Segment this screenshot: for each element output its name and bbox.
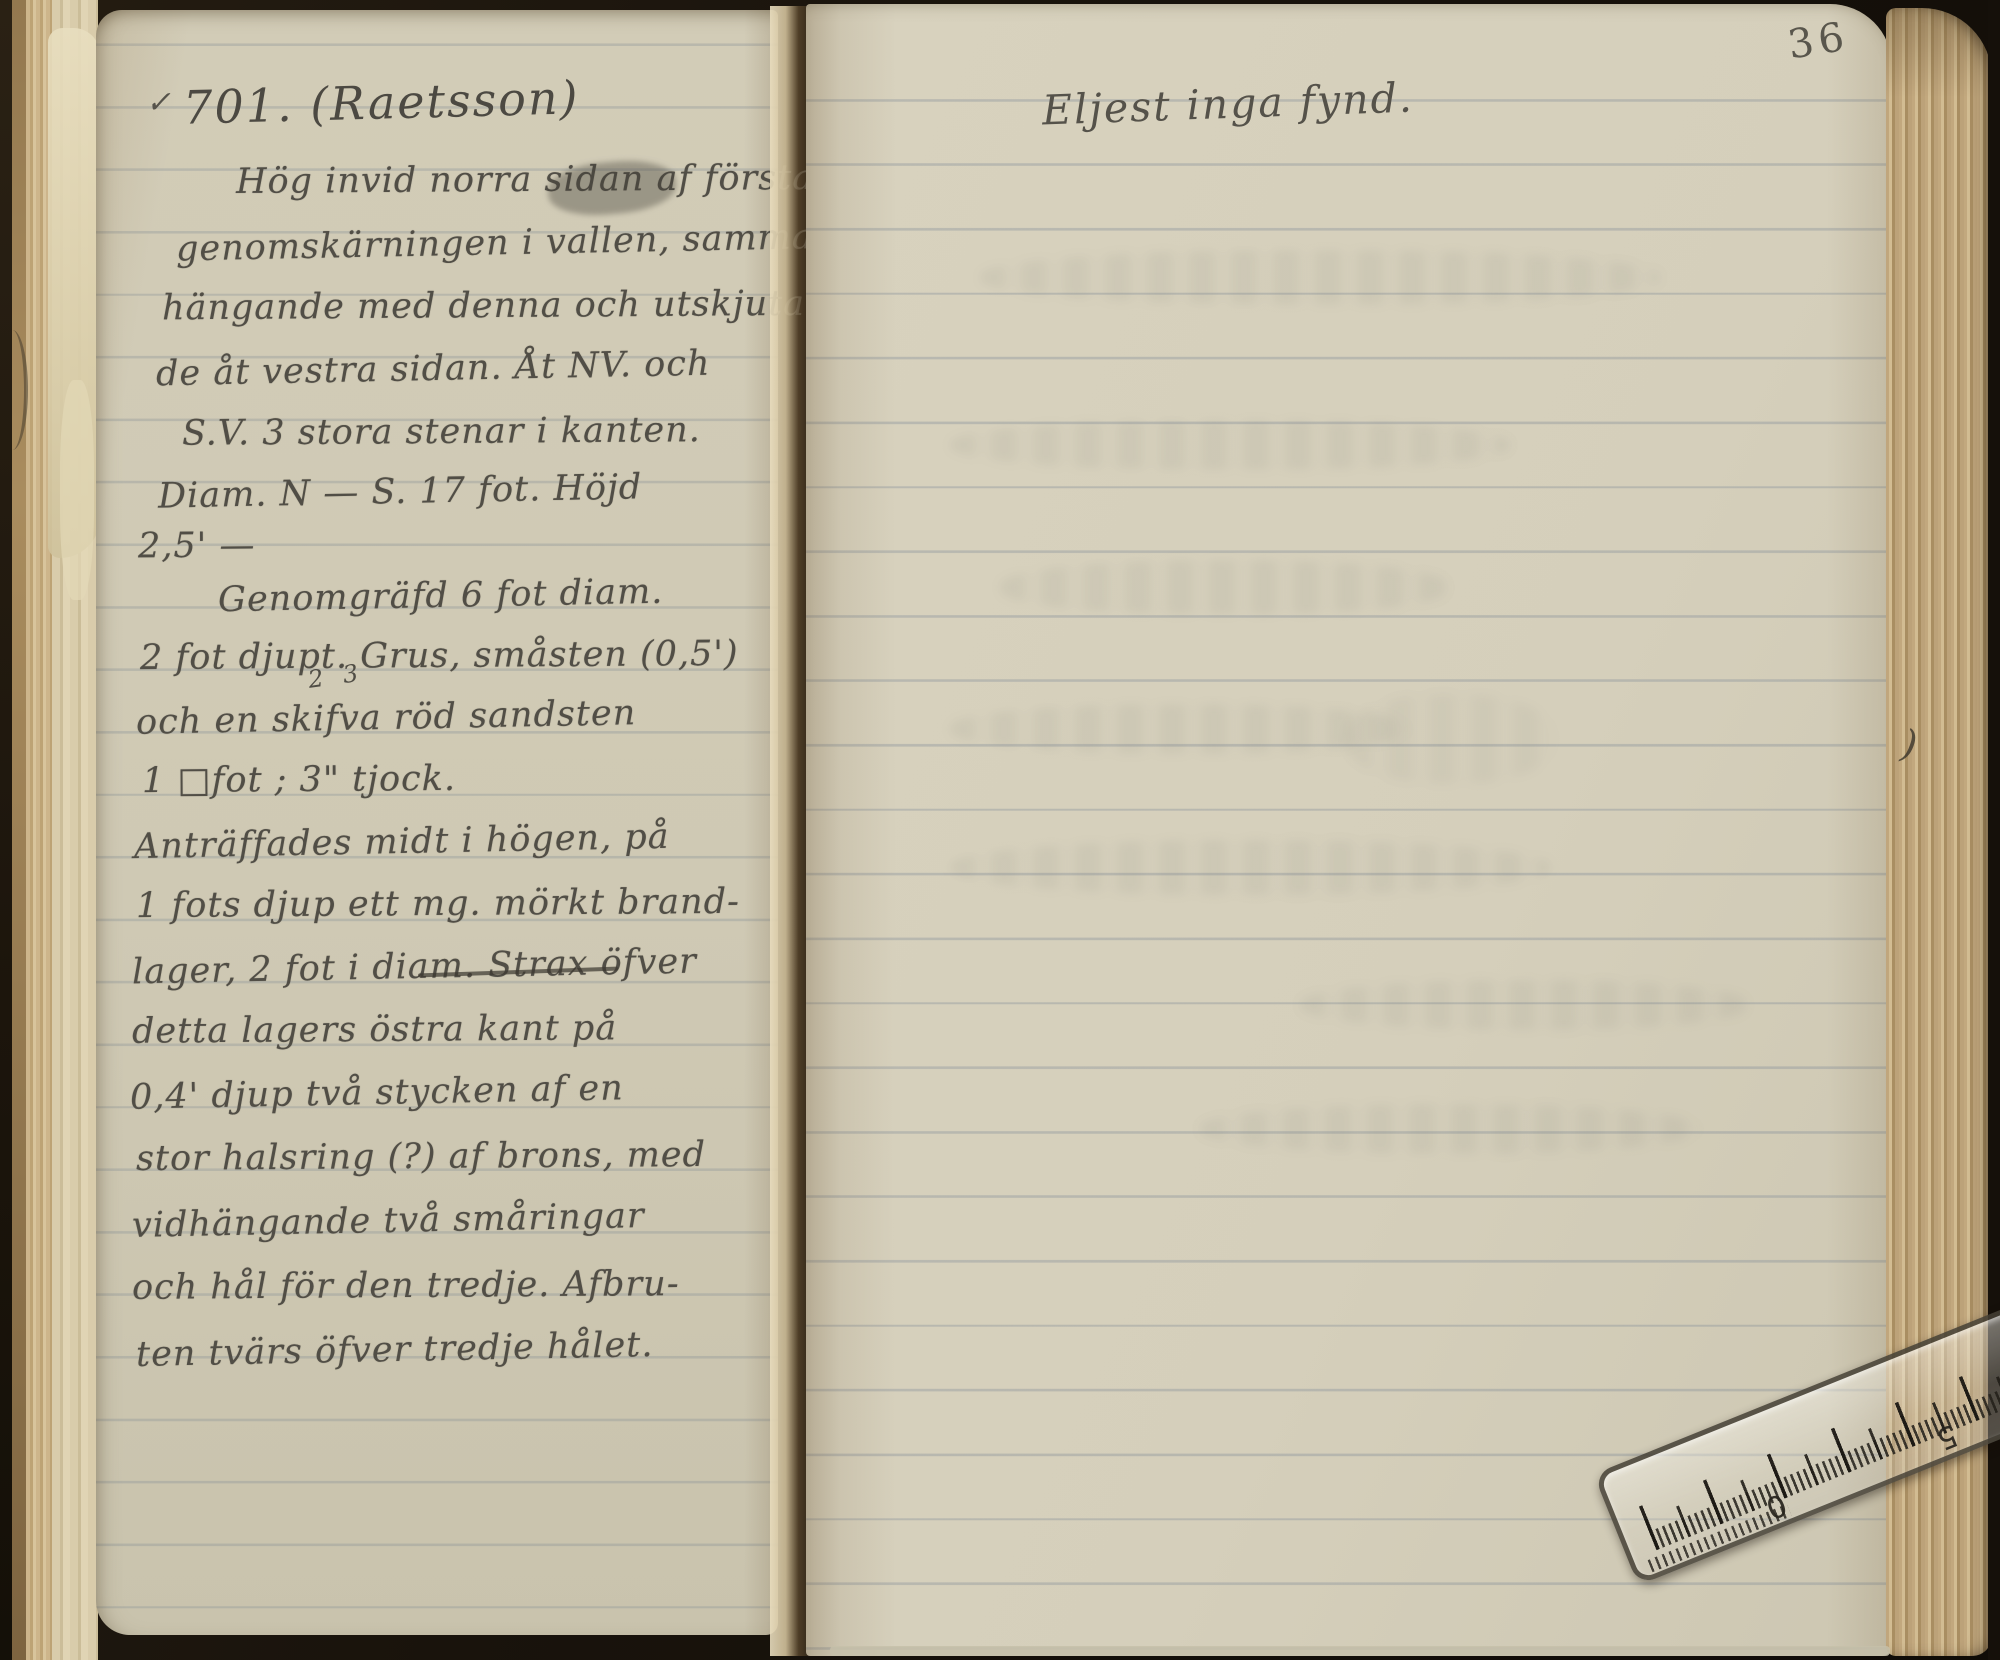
show-through-smudge (980, 250, 1660, 305)
manuscript-line: och hål för den tredje. Afbru- (132, 1264, 680, 1308)
manuscript-line: 0,4' djup två stycken af en (130, 1068, 624, 1117)
manuscript-line: 2 fot djupt. Grus, småsten (0,5') (140, 634, 739, 678)
show-through-smudge (1300, 980, 1750, 1030)
manuscript-line: Hög invid norra sidan af första (236, 158, 814, 202)
show-through-smudge (1000, 560, 1450, 615)
entry-heading: ✓701. (Raetsson) (145, 70, 580, 135)
check-mark: ✓ (145, 85, 173, 121)
notebook-scan: ✓701. (Raetsson) Hög invid norra sidan a… (0, 0, 2000, 1660)
manuscript-line: Genomgräfd 6 fot diam. (218, 572, 664, 621)
manuscript-line: Anträffades midt i högen, på (134, 817, 670, 867)
manuscript-line: Diam. N — S. 17 fot. Höjd (158, 467, 643, 516)
page-under-edge (830, 1646, 1890, 1656)
show-through-smudge (950, 704, 1410, 754)
manuscript-line: detta lagers östra kant på (132, 1008, 617, 1051)
right-page: Eljest inga fynd. (806, 4, 1892, 1656)
manuscript-line: och en skifva röd sandsten (136, 693, 637, 743)
entry-number-title: 701. (Raetsson) (182, 70, 580, 134)
left-page: ✓701. (Raetsson) Hög invid norra sidan a… (96, 10, 778, 1635)
manuscript-line: genomskärningen i vallen, samman- (176, 217, 851, 270)
manuscript-line: de åt vestra sidan. Åt NV. och (156, 344, 711, 395)
show-through-smudge (1200, 1104, 1700, 1154)
manuscript-line: 2,5' — (138, 526, 256, 567)
manuscript-line: stor halsring (?) af brons, med (136, 1135, 706, 1179)
page-number: 36 (1785, 14, 1852, 69)
worn-paper-chip (60, 380, 94, 600)
manuscript-line: ten tvärs öfver tredje hålet. (136, 1325, 654, 1375)
show-through-smudge (1346, 694, 1556, 784)
page-note: Eljest inga fynd. (1041, 74, 1414, 135)
manuscript-line: vidhängande två småringar (132, 1196, 645, 1246)
show-through-smudge (950, 840, 1550, 895)
manuscript-line: hängande med denna och utskjutan- (162, 284, 842, 329)
show-through-smudge (950, 420, 1510, 470)
left-binding-edge (0, 0, 98, 1660)
manuscript-line: 1 fots djup ett mg. mörkt brand- (136, 882, 740, 926)
manuscript-line: S.V. 3 stora stenar i kanten. (182, 410, 701, 454)
manuscript-line: 1 □fot ; 3" tjock. (142, 759, 456, 801)
